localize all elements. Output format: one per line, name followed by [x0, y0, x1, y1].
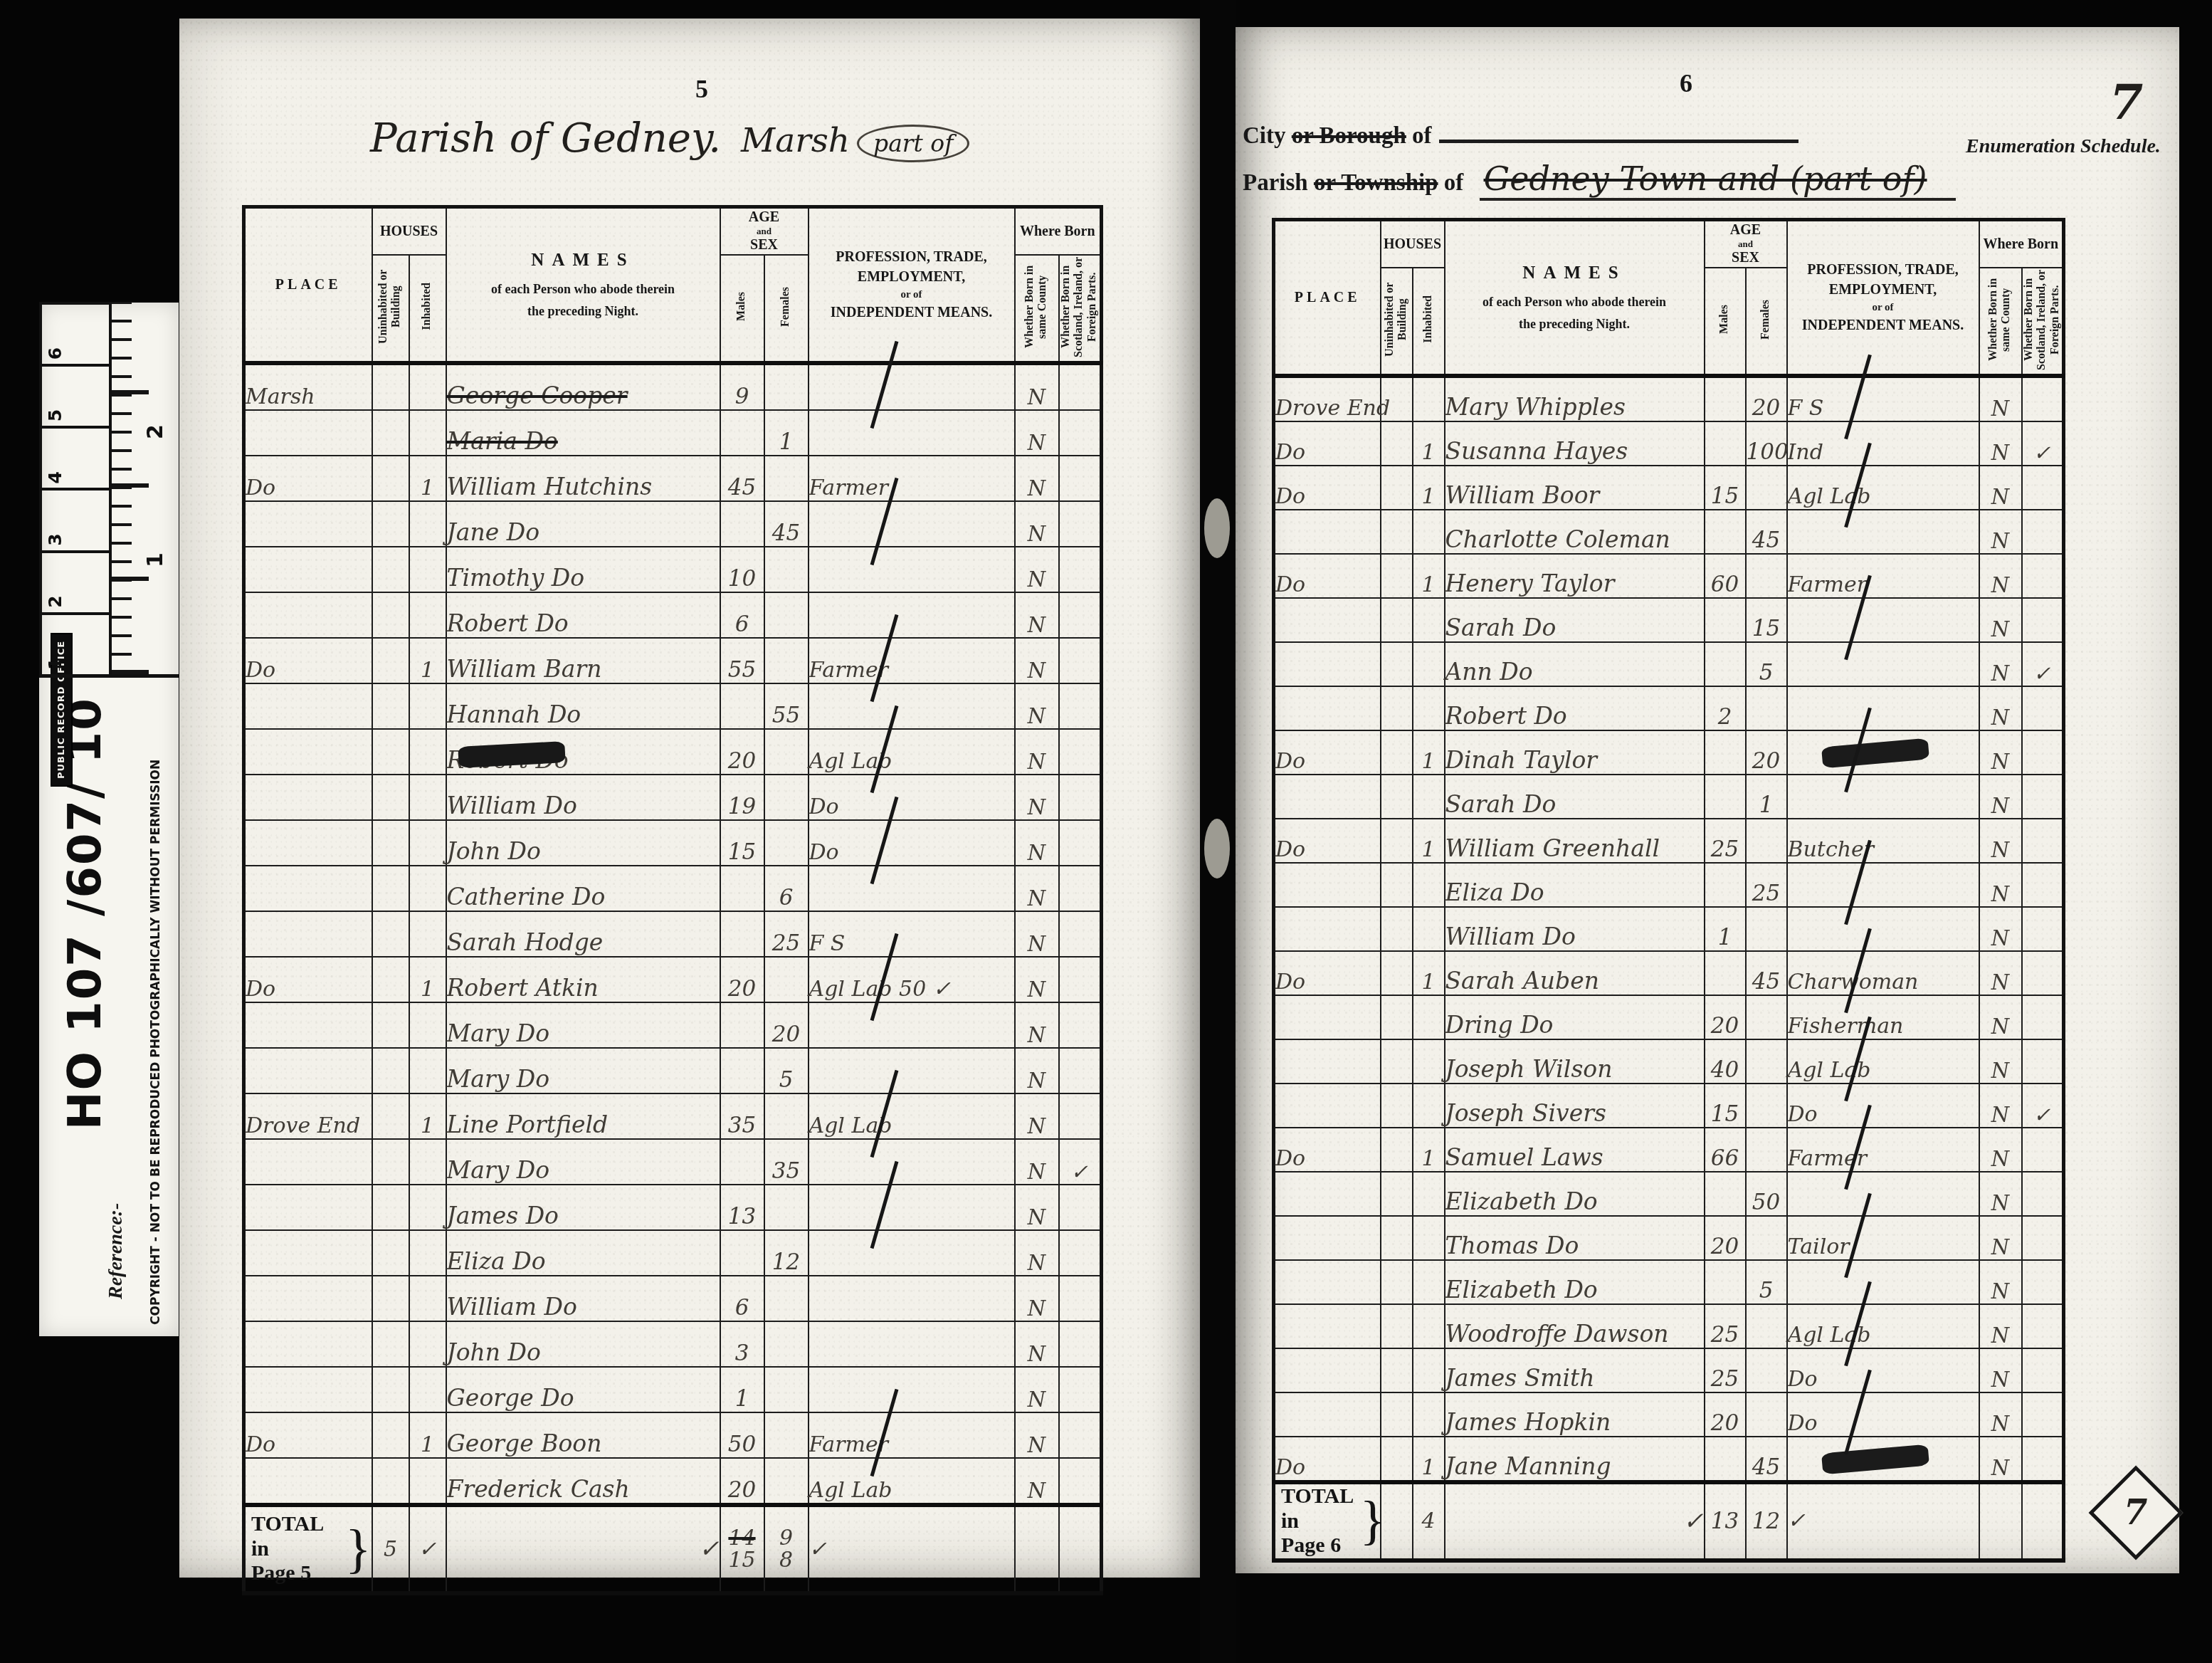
cell-born-county: N — [1015, 1367, 1059, 1412]
cell-born-elsewhere — [2022, 376, 2064, 421]
cell-born-county: N — [1015, 911, 1059, 957]
cell-profession — [809, 547, 1015, 592]
cell-born-county: N — [1015, 866, 1059, 911]
header-females: Females — [1746, 268, 1787, 376]
total-born-elsewhere — [1059, 1505, 1102, 1593]
cell-born-elsewhere: ✓ — [1059, 1139, 1102, 1185]
folio-number-handwritten: 7 — [2110, 74, 2143, 131]
cell-age-male: 20 — [720, 957, 764, 1002]
cell-born-county: N — [1015, 1185, 1059, 1230]
cell-uninhabited — [1381, 863, 1413, 907]
cell-age-male: 20 — [1705, 1216, 1746, 1260]
total-inhabited: 4 — [1413, 1482, 1445, 1560]
cell-profession — [809, 1048, 1015, 1093]
cell-born-county: N — [1979, 995, 2022, 1039]
cell-age-male: 3 — [720, 1321, 764, 1367]
cell-profession — [809, 1230, 1015, 1276]
cell-age-male: 15 — [720, 820, 764, 866]
cell-age-female: 55 — [764, 683, 809, 729]
cell-place — [1274, 995, 1381, 1039]
cell-age-male — [1705, 510, 1746, 554]
cell-profession — [809, 501, 1015, 547]
cell-inhabited: 1 — [409, 638, 446, 683]
cell-place: Do — [1274, 1437, 1381, 1482]
census-row: Do 1 Dinah Taylor 20 N — [1274, 730, 2064, 775]
cell-name: Susanna Hayes — [1445, 421, 1705, 466]
cell-place — [244, 683, 372, 729]
cell-uninhabited — [1381, 951, 1413, 995]
cell-place: Do — [244, 638, 372, 683]
cell-age-female: 6 — [764, 866, 809, 911]
cell-name: Mary Do — [446, 1002, 720, 1048]
cell-uninhabited — [372, 1002, 409, 1048]
cell-name: Sarah Do — [1445, 775, 1705, 819]
cell-age-male — [1705, 1437, 1746, 1482]
census-row: William Do 19 Do N — [244, 775, 1102, 820]
cell-place — [244, 592, 372, 638]
cell-inhabited — [1413, 775, 1445, 819]
parish-name-handwritten: Gedney Town and (part of) — [1480, 159, 1956, 201]
cell-uninhabited — [372, 456, 409, 501]
cell-uninhabited — [372, 592, 409, 638]
cell-age-male — [1705, 775, 1746, 819]
cell-inhabited — [409, 547, 446, 592]
census-row: John Do 15 Do N — [244, 820, 1102, 866]
parish-title: Parish of Gedney.Marshpart of — [370, 115, 969, 162]
cell-age-female — [1746, 907, 1787, 951]
cell-born-county: N — [1015, 1093, 1059, 1139]
cell-born-elsewhere — [2022, 1172, 2064, 1216]
cell-inhabited — [409, 911, 446, 957]
cell-born-elsewhere — [1059, 1321, 1102, 1367]
cell-profession: Do — [1787, 1392, 1979, 1437]
cell-age-female — [1746, 466, 1787, 510]
cell-inhabited — [409, 1048, 446, 1093]
total-females: 9 8 — [764, 1505, 809, 1593]
cell-born-county: N — [1979, 686, 2022, 730]
census-row: Woodroffe Dawson 25 Agl Lab N — [1274, 1304, 2064, 1348]
total-inhabited: ✓ — [409, 1505, 446, 1593]
cell-inhabited — [409, 1139, 446, 1185]
census-page-right: 6 7 City or Borough of Enumeration Sched… — [1233, 27, 2179, 1573]
cell-name: Frederick Cash — [446, 1458, 720, 1505]
cell-inhabited: 1 — [1413, 421, 1445, 466]
cell-born-elsewhere — [1059, 363, 1102, 410]
cell-name: Henery Taylor — [1445, 554, 1705, 598]
cell-place: Do — [244, 957, 372, 1002]
total-names-mark: ✓ — [446, 1505, 720, 1593]
cell-inhabited — [1413, 686, 1445, 730]
cell-age-female: 12 — [764, 1230, 809, 1276]
cell-inhabited — [409, 501, 446, 547]
cell-age-male — [1705, 951, 1746, 995]
census-row: Drove End Mary Whipples 20 F S N — [1274, 376, 2064, 421]
census-row: James Do 13 N — [244, 1185, 1102, 1230]
total-uninhabited: 5 — [372, 1505, 409, 1593]
cell-uninhabited — [1381, 819, 1413, 863]
cell-profession — [1787, 1260, 1979, 1304]
cell-born-elsewhere — [2022, 1348, 2064, 1392]
cell-inhabited — [1413, 510, 1445, 554]
cell-name: Sarah Auben — [1445, 951, 1705, 995]
cell-uninhabited — [1381, 642, 1413, 686]
cell-born-elsewhere: ✓ — [2022, 1084, 2064, 1128]
cell-born-elsewhere — [1059, 456, 1102, 501]
cell-born-elsewhere — [1059, 1048, 1102, 1093]
cell-uninhabited — [1381, 1172, 1413, 1216]
cell-born-elsewhere — [1059, 638, 1102, 683]
total-females: 12 — [1746, 1482, 1787, 1560]
header-houses: HOUSES — [1381, 220, 1445, 268]
cell-born-county: N — [1015, 1412, 1059, 1458]
cell-place — [1274, 1084, 1381, 1128]
census-page-left: 5 Parish of Gedney.Marshpart of PLACE HO… — [179, 19, 1204, 1578]
census-row: John Do 3 N — [244, 1321, 1102, 1367]
cell-inhabited — [1413, 995, 1445, 1039]
film-reference-card: Reference:- HO 107 /607/ 10 PUBLIC RECOR… — [39, 303, 179, 1336]
cell-profession: Agl Lab — [809, 729, 1015, 775]
ruler-inch-number: 2 — [143, 424, 168, 439]
census-row: Jane Do 45 N — [244, 501, 1102, 547]
cell-profession — [1787, 686, 1979, 730]
census-row: Catherine Do 6 N — [244, 866, 1102, 911]
cell-uninhabited — [1381, 510, 1413, 554]
cell-age-female: 5 — [1746, 1260, 1787, 1304]
cell-uninhabited — [372, 547, 409, 592]
cell-uninhabited — [372, 638, 409, 683]
header-names: NAMES of each Person who abode therein t… — [1445, 220, 1705, 377]
cell-uninhabited — [372, 820, 409, 866]
cell-born-elsewhere — [2022, 1128, 2064, 1172]
cell-inhabited: 1 — [1413, 466, 1445, 510]
ruler-cm-number: 1 — [42, 612, 109, 674]
census-row: Charlotte Coleman 45 N — [1274, 510, 2064, 554]
microfilm-scan: Reference:- HO 107 /607/ 10 PUBLIC RECOR… — [0, 0, 2212, 1663]
cell-inhabited — [409, 1185, 446, 1230]
cell-age-female: 25 — [764, 911, 809, 957]
header-uninhabited: Uninhabited or Building — [372, 255, 409, 363]
cell-age-female — [764, 1276, 809, 1321]
census-row: William Do 6 N — [244, 1276, 1102, 1321]
header-inhabited: Inhabited — [409, 255, 446, 363]
total-brace: } — [345, 1518, 371, 1580]
census-row: Drove End 1 Line Portfield 35 Agl Lab N — [244, 1093, 1102, 1139]
cell-born-elsewhere — [2022, 510, 2064, 554]
ruler-inch-scale: 1 2 — [112, 302, 179, 674]
cell-age-female — [1746, 995, 1787, 1039]
census-row: Do 1 William Greenhall 25 Butcher N — [1274, 819, 2064, 863]
cell-name: Thomas Do — [1445, 1216, 1705, 1260]
total-males: 14 15 — [720, 1505, 764, 1593]
cell-inhabited — [1413, 376, 1445, 421]
cell-place: Drove End — [244, 1093, 372, 1139]
census-row: Elizabeth Do 50 N — [1274, 1172, 2064, 1216]
total-born-county — [1015, 1505, 1059, 1593]
cell-profession: Do — [809, 820, 1015, 866]
cell-born-elsewhere — [1059, 1412, 1102, 1458]
cell-profession: Fisherman — [1787, 995, 1979, 1039]
struck-or-township: or Township — [1314, 170, 1438, 196]
census-row: Do 1 Jane Manning 45 N — [1274, 1437, 2064, 1482]
cell-place — [244, 1230, 372, 1276]
cell-age-male — [720, 911, 764, 957]
header-born-county: Whether Born in same County — [1979, 268, 2022, 376]
cell-born-county: N — [1015, 1139, 1059, 1185]
cell-uninhabited — [1381, 995, 1413, 1039]
cell-inhabited: 1 — [1413, 1437, 1445, 1482]
cell-name: Robert Do — [446, 729, 720, 775]
cell-age-male: 25 — [1705, 1348, 1746, 1392]
cell-place: Do — [1274, 730, 1381, 775]
census-row: Hannah Do 55 N — [244, 683, 1102, 729]
cell-age-female: 45 — [1746, 510, 1787, 554]
census-row: Thomas Do 20 Tailor N — [1274, 1216, 2064, 1260]
cell-age-female — [1746, 1216, 1787, 1260]
cell-name: William Do — [446, 1276, 720, 1321]
cell-age-male: 50 — [720, 1412, 764, 1458]
blank-rule — [1439, 115, 1798, 143]
cell-born-elsewhere — [1059, 775, 1102, 820]
cell-age-female: 5 — [1746, 642, 1787, 686]
cell-place: Do — [1274, 466, 1381, 510]
cell-inhabited: 1 — [409, 1093, 446, 1139]
cell-name: Mary Whipples — [1445, 376, 1705, 421]
cell-place: Marsh — [244, 363, 372, 410]
page-number: 6 — [1680, 68, 1692, 98]
cell-age-male — [1705, 1172, 1746, 1216]
cell-place: Drove End — [1274, 376, 1381, 421]
cell-uninhabited — [1381, 1128, 1413, 1172]
cell-place — [244, 1458, 372, 1505]
cell-name: Dring Do — [1445, 995, 1705, 1039]
cell-uninhabited — [1381, 554, 1413, 598]
cell-place: Do — [244, 1412, 372, 1458]
census-row: Eliza Do 12 N — [244, 1230, 1102, 1276]
census-table-left: PLACE HOUSES NAMES of each Person who ab… — [242, 205, 1103, 1595]
census-row: Timothy Do 10 N — [244, 547, 1102, 592]
cell-name: Robert Do — [1445, 686, 1705, 730]
total-born-county — [1979, 1482, 2022, 1560]
cell-age-male: 20 — [720, 729, 764, 775]
cell-uninhabited — [372, 1276, 409, 1321]
cell-profession — [1787, 907, 1979, 951]
cell-uninhabited — [372, 1048, 409, 1093]
cell-inhabited: 1 — [409, 456, 446, 501]
cell-name: Eliza Do — [1445, 863, 1705, 907]
cell-place — [244, 775, 372, 820]
cell-profession — [1787, 642, 1979, 686]
census-row: Eliza Do 25 N — [1274, 863, 2064, 907]
cell-profession — [1787, 1172, 1979, 1216]
ruler-cm-number: 2 — [42, 550, 109, 612]
cell-place — [1274, 1348, 1381, 1392]
cell-place — [1274, 1039, 1381, 1084]
cell-inhabited — [1413, 1260, 1445, 1304]
cell-name: Elizabeth Do — [1445, 1260, 1705, 1304]
ruler-cm-scale: 123456 — [39, 302, 112, 674]
ruler-cm-number: 4 — [42, 426, 109, 488]
parish-title-annex: Marsh — [741, 121, 850, 160]
cell-inhabited — [1413, 1348, 1445, 1392]
copyright-notice: COPYRIGHT - NOT TO BE REPRODUCED PHOTOGR… — [149, 599, 163, 1325]
cell-name: Samuel Laws — [1445, 1128, 1705, 1172]
cell-profession: Butcher — [1787, 819, 1979, 863]
cell-profession: Agl Lab — [1787, 1039, 1979, 1084]
cell-profession — [809, 1185, 1015, 1230]
cell-profession — [1787, 510, 1979, 554]
cell-born-county: N — [1015, 775, 1059, 820]
census-row: Maria Do 1 N — [244, 410, 1102, 456]
cell-name: George Boon — [446, 1412, 720, 1458]
cell-uninhabited — [372, 1321, 409, 1367]
cell-born-elsewhere — [1059, 683, 1102, 729]
cell-profession: Ind — [1787, 421, 1979, 466]
cell-inhabited — [409, 683, 446, 729]
census-row: James Smith 25 Do N — [1274, 1348, 2064, 1392]
cell-name: John Do — [446, 1321, 720, 1367]
cell-uninhabited — [1381, 1039, 1413, 1084]
cell-profession — [1787, 1437, 1979, 1482]
census-row: Marsh George Cooper 9 N — [244, 363, 1102, 410]
cell-born-county: N — [1979, 730, 2022, 775]
cell-age-female: 20 — [1746, 376, 1787, 421]
total-label: TOTAL in Page 5 } — [244, 1505, 372, 1593]
cell-born-elsewhere — [2022, 907, 2064, 951]
cell-age-female: 25 — [1746, 863, 1787, 907]
cell-uninhabited — [372, 1185, 409, 1230]
cell-age-female: 50 — [1746, 1172, 1787, 1216]
cell-uninhabited — [372, 729, 409, 775]
city-borough-line: City or Borough of — [1243, 115, 1798, 149]
cell-born-county: N — [1979, 421, 2022, 466]
cell-uninhabited — [372, 683, 409, 729]
cell-age-male: 2 — [1705, 686, 1746, 730]
cell-born-county: N — [1015, 1276, 1059, 1321]
cell-place: Do — [1274, 819, 1381, 863]
cell-age-male — [720, 866, 764, 911]
cell-age-male — [720, 1048, 764, 1093]
parish-township-line: Parish or Township of Gedney Town and (p… — [1243, 159, 1956, 198]
cell-name: George Cooper — [446, 363, 720, 410]
cell-born-elsewhere — [1059, 547, 1102, 592]
cell-born-county: N — [1015, 547, 1059, 592]
cell-age-male — [1705, 642, 1746, 686]
census-row: Do 1 William Barn 55 Farmer N — [244, 638, 1102, 683]
cell-profession — [809, 1367, 1015, 1412]
cell-born-elsewhere — [1059, 1185, 1102, 1230]
cell-born-elsewhere — [2022, 1437, 2064, 1482]
cell-age-male: 45 — [720, 456, 764, 501]
cell-inhabited — [1413, 598, 1445, 642]
cell-age-female — [1746, 686, 1787, 730]
cell-born-elsewhere — [1059, 501, 1102, 547]
cell-age-female — [764, 820, 809, 866]
cell-uninhabited — [1381, 598, 1413, 642]
cell-born-elsewhere — [2022, 863, 2064, 907]
cell-name: Jane Manning — [1445, 1437, 1705, 1482]
cell-born-elsewhere — [1059, 957, 1102, 1002]
cell-born-county: N — [1979, 642, 2022, 686]
cell-born-elsewhere — [2022, 554, 2064, 598]
cell-name: Elizabeth Do — [1445, 1172, 1705, 1216]
census-row: Joseph Wilson 40 Agl Lab N — [1274, 1039, 2064, 1084]
cell-age-female — [1746, 554, 1787, 598]
cell-uninhabited — [372, 410, 409, 456]
cell-uninhabited — [372, 1458, 409, 1505]
cell-inhabited — [409, 1276, 446, 1321]
cell-born-elsewhere — [2022, 1039, 2064, 1084]
cell-inhabited — [1413, 1172, 1445, 1216]
cell-inhabited — [1413, 863, 1445, 907]
cell-age-female — [1746, 1348, 1787, 1392]
cell-place — [244, 866, 372, 911]
cell-uninhabited — [1381, 1260, 1413, 1304]
cell-born-county: N — [1015, 501, 1059, 547]
census-row: Do 1 William Boor 15 Agl Lab N — [1274, 466, 2064, 510]
cell-name: George Do — [446, 1367, 720, 1412]
total-row: TOTAL in Page 5 } 5 ✓ ✓ 14 15 — [244, 1505, 1102, 1593]
cell-name: Sarah Do — [1445, 598, 1705, 642]
enumeration-schedule-label: Enumeration Schedule. — [1966, 135, 2161, 158]
cell-place — [1274, 1392, 1381, 1437]
cell-born-county: N — [1979, 510, 2022, 554]
cell-profession: Farmer — [1787, 554, 1979, 598]
cell-inhabited — [1413, 1304, 1445, 1348]
cell-born-county: N — [1979, 376, 2022, 421]
cell-age-male: 15 — [1705, 466, 1746, 510]
cell-place — [1274, 1304, 1381, 1348]
cell-place: Do — [1274, 421, 1381, 466]
cell-name: Maria Do — [446, 410, 720, 456]
cell-born-county: N — [1979, 1260, 2022, 1304]
cell-born-county: N — [1979, 775, 2022, 819]
cell-born-elsewhere — [1059, 1367, 1102, 1412]
cell-place — [1274, 510, 1381, 554]
cell-age-female — [764, 363, 809, 410]
cell-uninhabited — [372, 363, 409, 410]
parish-title-circled: part of — [857, 125, 969, 162]
header-place: PLACE — [244, 207, 372, 364]
cell-place: Do — [1274, 951, 1381, 995]
total-uninhabited — [1381, 1482, 1413, 1560]
cell-born-elsewhere: ✓ — [2022, 421, 2064, 466]
cell-age-female: 45 — [1746, 951, 1787, 995]
cell-age-female — [764, 1093, 809, 1139]
census-row: Mary Do 5 N — [244, 1048, 1102, 1093]
cell-age-male — [1705, 863, 1746, 907]
cell-age-male: 20 — [1705, 995, 1746, 1039]
cell-place — [244, 1185, 372, 1230]
header-females: Females — [764, 255, 809, 363]
cell-born-county: N — [1979, 1172, 2022, 1216]
cell-age-male — [720, 683, 764, 729]
cell-born-elsewhere — [1059, 1458, 1102, 1505]
cell-age-male: 55 — [720, 638, 764, 683]
cell-name: James Smith — [1445, 1348, 1705, 1392]
cell-profession: Agl Lab — [809, 1093, 1015, 1139]
cell-born-county: N — [1015, 1002, 1059, 1048]
ruler-inch-number: 1 — [143, 552, 168, 567]
cell-born-county: N — [1979, 466, 2022, 510]
census-row: Do 1 Robert Atkin 20 Agl Lab 50 ✓ N — [244, 957, 1102, 1002]
parish-title-text: Parish of Gedney. — [370, 115, 721, 162]
film-card-content: Reference:- HO 107 /607/ 10 PUBLIC RECOR… — [39, 303, 179, 1336]
cell-uninhabited — [372, 911, 409, 957]
cell-place: Do — [244, 456, 372, 501]
cell-uninhabited — [372, 1139, 409, 1185]
cell-born-county: N — [1979, 1437, 2022, 1482]
census-row: Robert Do 6 N — [244, 592, 1102, 638]
